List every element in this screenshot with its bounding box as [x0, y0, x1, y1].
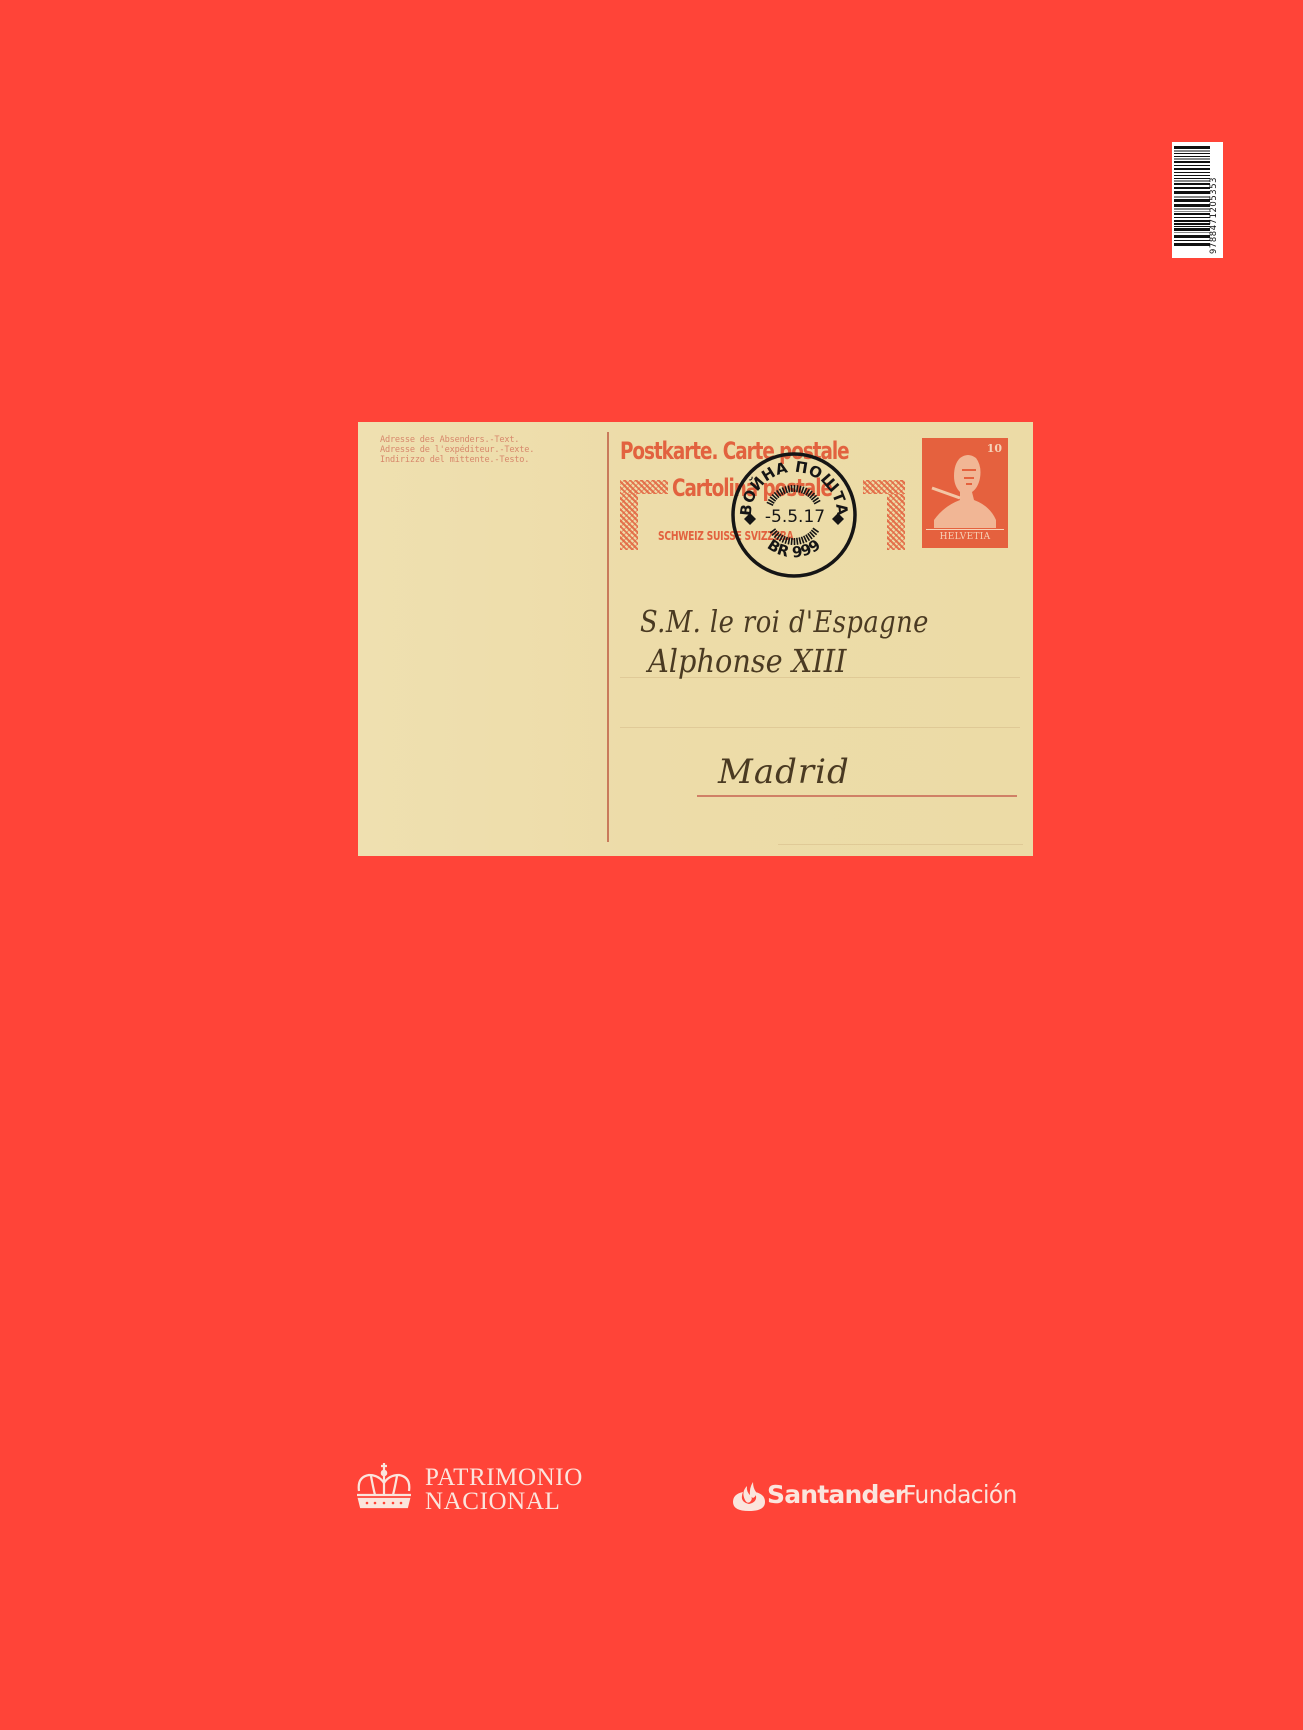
postmark-icon: ВОЙНА ПОШТА -5.5.17 BR 999 — [729, 450, 859, 580]
stamp-value: 10 — [987, 442, 1002, 455]
sender-line: Indirizzo del mittente.-Testo. — [380, 455, 580, 465]
logo-text-line2: NACIONAL — [425, 1490, 583, 1514]
patrimonio-nacional-logo: PATRIMONIO NACIONAL — [425, 1466, 583, 1514]
ornament-icon — [620, 494, 638, 550]
stamp-country: HELVETIA — [926, 529, 1004, 544]
ornament-icon — [887, 494, 905, 550]
postmark-date: -5.5.17 — [765, 507, 825, 527]
sender-line: Adresse des Absenders.-Text. — [380, 435, 580, 445]
fundacion-wordmark: Fundación — [903, 1480, 1017, 1509]
address-line1: S.M. le roi d'Espagne — [640, 605, 929, 640]
postcard-image: Adresse des Absenders.-Text. Adresse de … — [358, 422, 1033, 856]
postage-stamp: 10 HELVETIA — [922, 438, 1008, 548]
isbn-digits: 9788471205353 — [1208, 177, 1218, 254]
postcard-divider — [607, 432, 609, 842]
address-line2: Alphonse XIII — [648, 642, 846, 680]
barcode-icon: 9788471205353 — [1172, 142, 1223, 258]
santander-wordmark: Santander — [767, 1480, 906, 1509]
logo-text-line1: PATRIMONIO — [425, 1466, 583, 1490]
address-line3: Madrid — [718, 752, 850, 792]
ruled-line — [620, 727, 1020, 728]
sender-address-label: Adresse des Absenders.-Text. Adresse de … — [380, 435, 580, 465]
sender-line: Adresse de l'expéditeur.-Texte. — [380, 445, 580, 455]
portrait-icon — [930, 448, 1000, 528]
flame-icon — [731, 1480, 767, 1512]
ruled-line — [778, 844, 1023, 845]
ornament-icon — [863, 480, 905, 494]
ornament-icon — [620, 480, 668, 494]
address-underline — [697, 795, 1017, 797]
isbn-barcode: 9788471205353 — [1172, 142, 1223, 258]
crown-icon — [353, 1461, 415, 1511]
